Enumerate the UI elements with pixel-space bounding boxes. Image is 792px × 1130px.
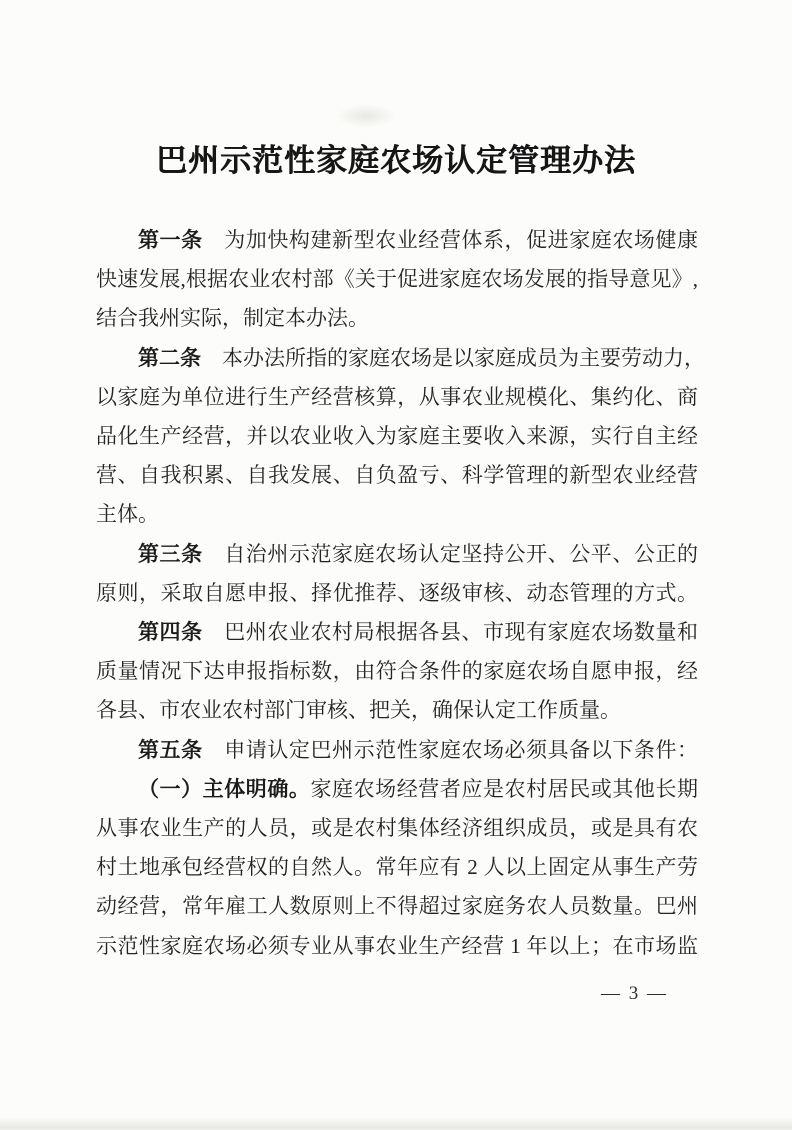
scan-smudge — [336, 104, 396, 128]
article-lead: 第二条 — [138, 346, 201, 370]
text-line: 快速发展,根据农业农村部《关于促进家庭农场发展的指导意见》, — [96, 260, 698, 299]
text-line: 第四条 巴州农业农村局根据各县、市现有家庭农场数量和 — [96, 613, 698, 652]
text-line: 村土地承包经营权的自然人。常年应有 2 人以上固定从事生产劳 — [96, 848, 698, 887]
article-lead: 第三条 — [138, 542, 203, 566]
text-line: 营、自我积累、自我发展、自负盈亏、科学管理的新型农业经营 — [96, 456, 698, 495]
article-lead: 第五条 — [138, 738, 203, 762]
text-line: 品化生产经营，并以农业收入为家庭主要收入来源，实行自主经 — [96, 417, 698, 456]
article-lead: 第一条 — [138, 228, 203, 252]
text-line: 质量情况下达申报指标数，由符合条件的家庭农场自愿申报，经 — [96, 652, 698, 691]
document-body: 第一条 为加快构建新型农业经营体系，促进家庭农场健康快速发展,根据农业农村部《关… — [96, 221, 698, 966]
article-lead: （一）主体明确。 — [138, 777, 310, 801]
text-line: 动经营，常年雇工人数原则上不得超过家庭务农人员数量。巴州 — [96, 887, 698, 926]
text-line: 以家庭为单位进行生产经营核算，从事农业规模化、集约化、商 — [96, 378, 698, 417]
text-line: 结合我州实际，制定本办法。 — [96, 299, 698, 338]
document-page: 巴州示范性家庭农场认定管理办法 第一条 为加快构建新型农业经营体系，促进家庭农场… — [0, 0, 792, 1130]
text-line: （一）主体明确。家庭农场经营者应是农村居民或其他长期 — [96, 770, 698, 809]
page-number: — 3 — — [601, 983, 668, 1005]
text-line: 示范性家庭农场必须专业从事农业生产经营 1 年以上；在市场监 — [96, 927, 698, 966]
scan-bottom-edge — [0, 1117, 792, 1130]
text-line: 第二条 本办法所指的家庭农场是以家庭成员为主要劳动力， — [96, 339, 698, 378]
text-line: 第三条 自治州示范家庭农场认定坚持公开、公平、公正的 — [96, 535, 698, 574]
text-line: 主体。 — [96, 495, 698, 534]
text-line: 原则，采取自愿申报、择优推荐、逐级审核、动态管理的方式。 — [96, 574, 698, 613]
text-line: 第一条 为加快构建新型农业经营体系，促进家庭农场健康 — [96, 221, 698, 260]
document-title: 巴州示范性家庭农场认定管理办法 — [0, 135, 792, 180]
text-line: 第五条 申请认定巴州示范性家庭农场必须具备以下条件： — [96, 731, 698, 770]
article-lead: 第四条 — [138, 620, 203, 644]
text-line: 各县、市农业农村部门审核、把关，确保认定工作质量。 — [96, 691, 698, 730]
text-line: 从事农业生产的人员，或是农村集体经济组织成员，或是具有农 — [96, 809, 698, 848]
